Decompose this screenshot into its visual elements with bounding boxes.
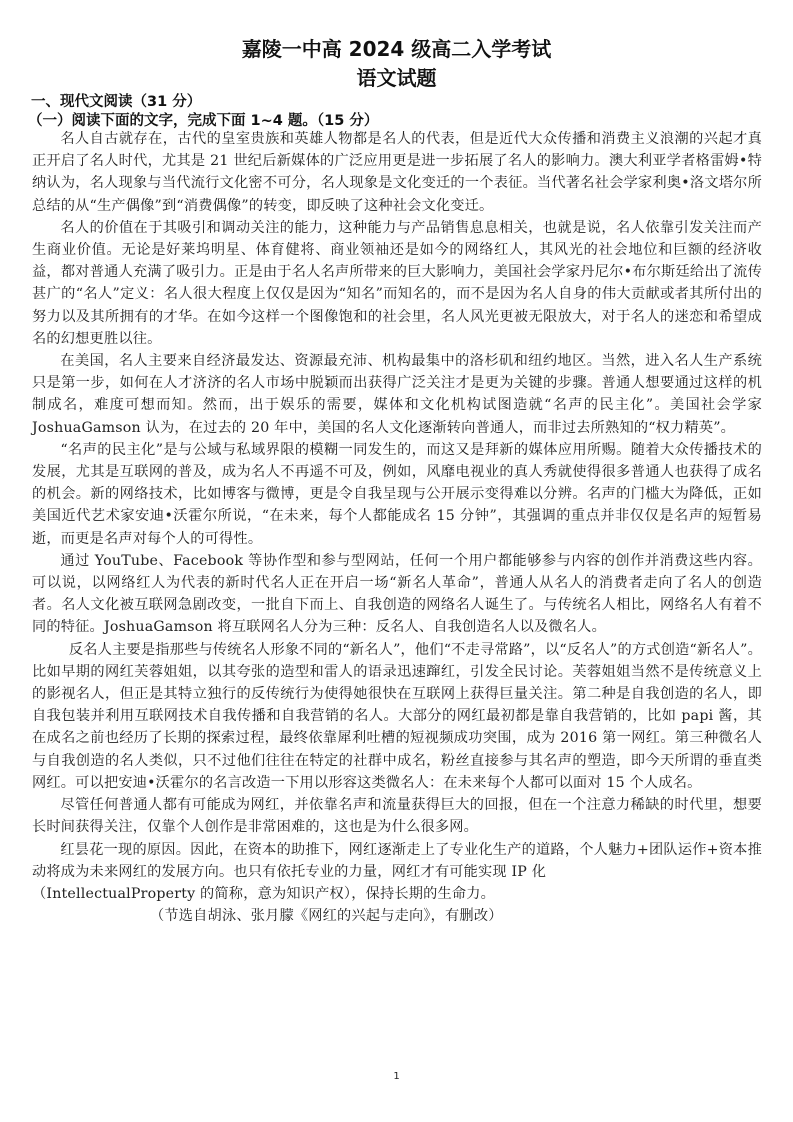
passage-paragraph: 名人的价值在于其吸引和调动关注的能力，这种能力与产品销售息息相关，也就是说，名人… (32, 217, 762, 350)
reading-passage: 名人自古就存在，古代的皇室贵族和英雄人物都是名人的代表，但是近代大众传播和消费主… (32, 128, 762, 927)
exam-title: 嘉陵一中高 2024 级高二入学考试 (0, 33, 793, 62)
passage-paragraph: 通过 YouTube、Facebook 等协作型和参与型网站，任何一个用户都能够… (32, 550, 762, 639)
exam-subject-title: 语文试题 (0, 62, 793, 91)
passage-paragraph: 名人自古就存在，古代的皇室贵族和英雄人物都是名人的代表，但是近代大众传播和消费主… (32, 128, 762, 217)
passage-paragraph: 红昙花一现的原因。因此，在资本的助推下，网红逐渐走上了专业化生产的道路，个人魅力… (32, 839, 762, 883)
passage-paragraph: 反名人主要是指那些与传统名人形象不同的“新名人”，他们“不走寻常路”，以“反名人… (32, 639, 762, 794)
passage-citation: （节选自胡泳、张月朦《网红的兴起与走向》，有删改） (32, 905, 762, 927)
passage-paragraph: 尽管任何普通人都有可能成为网红，并依靠名声和流量获得巨大的回报，但在一个注意力稀… (32, 794, 762, 838)
page-number: 1 (0, 1071, 793, 1082)
passage-paragraph: 在美国，名人主要来自经济最发达、资源最充沛、机构最集中的洛杉矶和纽约地区。当然，… (32, 350, 762, 439)
section-heading: 一、现代文阅读（31 分） (31, 90, 201, 111)
passage-paragraph: “名声的民主化”是与公域与私域界限的模糊一同发生的，而这又是拜新的媒体应用所赐。… (32, 439, 762, 550)
passage-paragraph: （IntellectualProperty 的简称，意为知识产权），保持长期的生… (32, 883, 762, 905)
exam-page: 嘉陵一中高 2024 级高二入学考试 语文试题 一、现代文阅读（31 分） （一… (0, 0, 793, 1122)
subsection-heading: （一）阅读下面的文字，完成下面 1~4 题。（15 分） (28, 109, 378, 130)
